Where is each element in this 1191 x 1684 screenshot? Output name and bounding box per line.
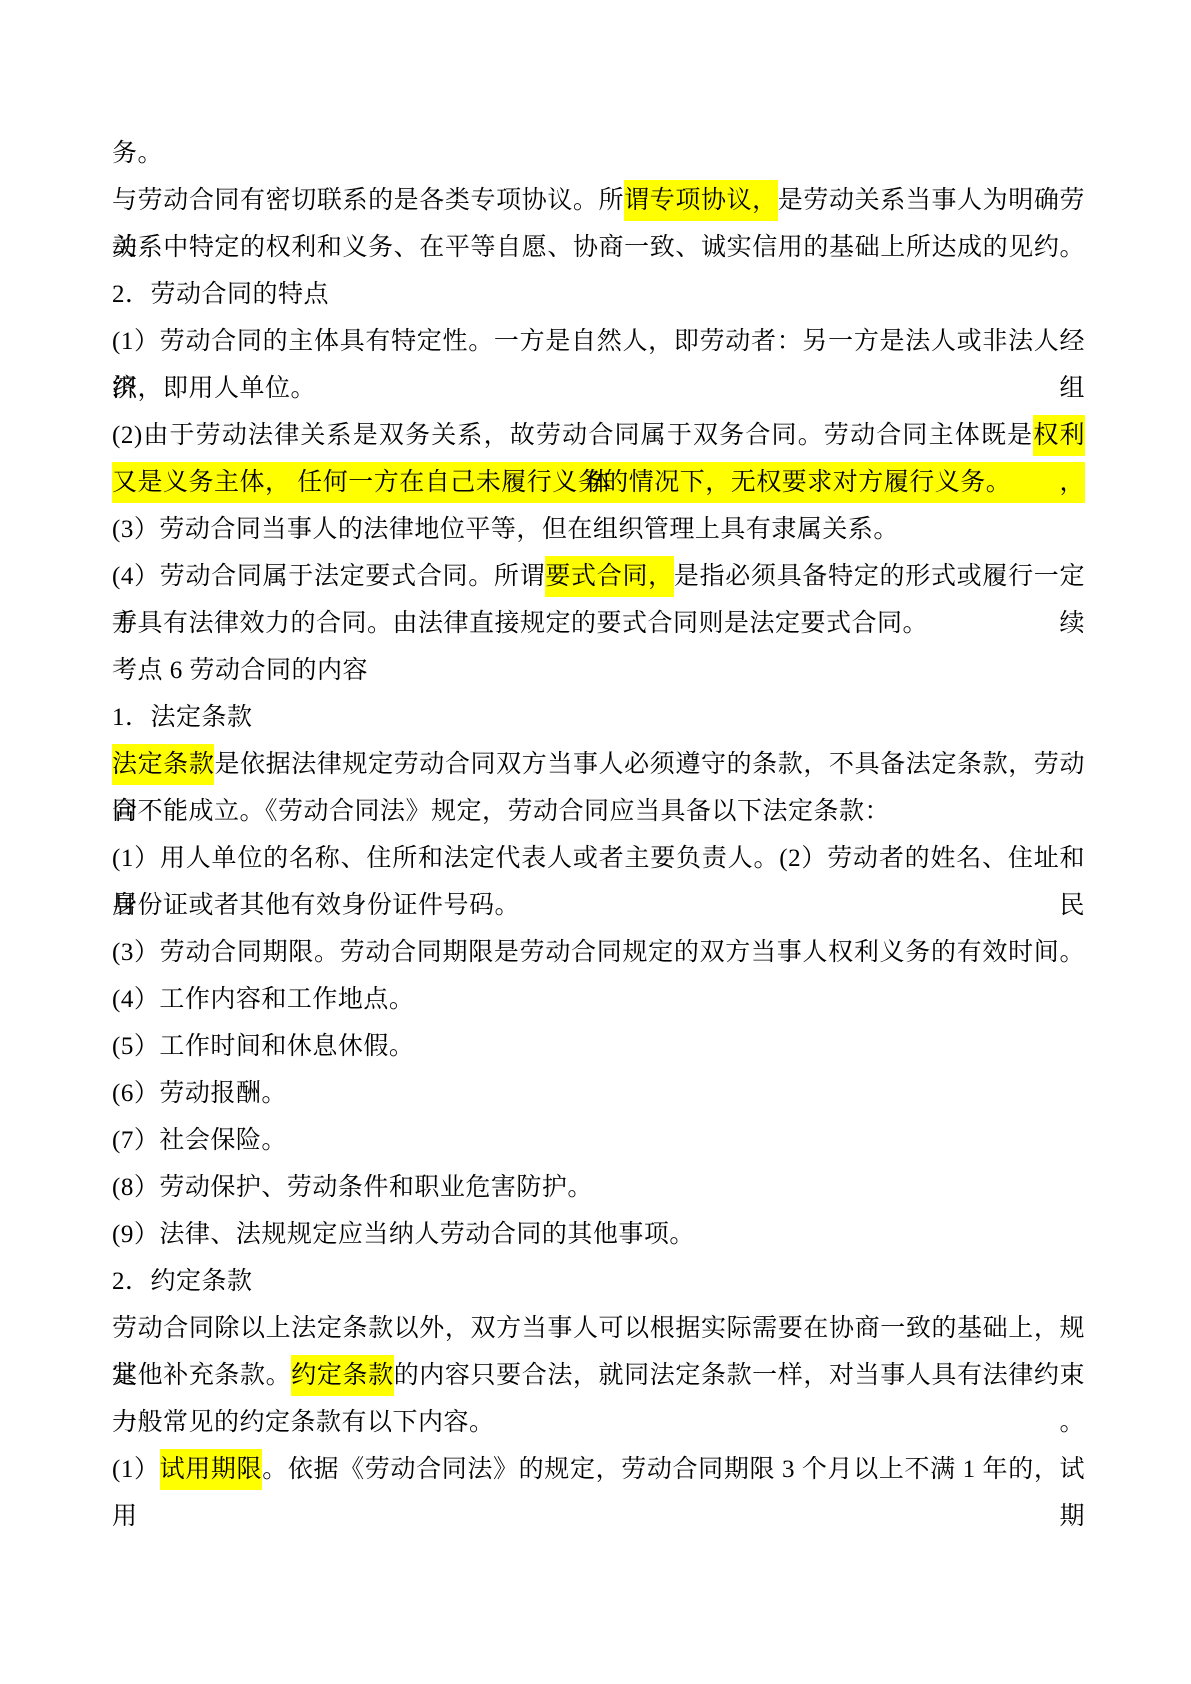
text-run: (3）劳动合同当事人的法律地位平等，但在组织管理上具有隶属关系。 xyxy=(112,516,899,543)
text-line: (8）劳动保护、劳动条件和职业危害防护。 xyxy=(112,1164,1085,1211)
text-line: 法定条款是依据法律规定劳动合同双方当事人必须遵守的条款，不具备法定条款，劳动合 xyxy=(112,741,1085,788)
text-run: (7）社会保险。 xyxy=(112,1127,287,1154)
highlighted-text: 谓专项协议， xyxy=(624,180,778,221)
text-run: (2)由于劳动法律关系是双务关系，故劳动合同属于双务合同。劳动合同主体既是 xyxy=(112,422,1033,449)
text-line: (3）劳动合同期限。劳动合同期限是劳动合同规定的双方当事人权利义务的有效时间。 xyxy=(112,929,1085,976)
text-line: 2．约定条款 xyxy=(112,1258,1085,1305)
text-run: (5）工作时间和休息休假。 xyxy=(112,1033,414,1060)
text-line: (4）工作内容和工作地点。 xyxy=(112,976,1085,1023)
document-page: 务。与劳动合同有密切联系的是各类专项协议。所谓专项协议，是劳动关系当事人为明确劳… xyxy=(0,0,1191,1684)
text-run: (4）劳动合同属于法定要式合同。所谓 xyxy=(112,563,545,590)
text-run: (3）劳动合同期限。劳动合同期限是劳动合同规定的双方当事人权利义务的有效时间。 xyxy=(112,939,1085,966)
text-run: 关系中特定的权利和义务、在平等自愿、协商一致、诚实信用的基础上所达成的见约。 xyxy=(112,234,1085,261)
text-run: 任何一方在自己未履行义务的情况下，无权要求对方履行义务。 xyxy=(291,469,1012,496)
text-line: 1．法定条款 xyxy=(112,694,1085,741)
text-line: (1）用人单位的名称、住所和法定代表人或者主要负责人。(2）劳动者的姓名、住址和… xyxy=(112,835,1085,882)
text-line: (2)由于劳动法律关系是双务关系，故劳动合同属于双务合同。劳动合同主体既是权利主… xyxy=(112,412,1085,459)
text-run: 身份证或者其他有效身份证件号码。 xyxy=(112,892,520,919)
text-run: 一般常见的约定条款有以下内容。 xyxy=(112,1409,495,1436)
text-line: 其他补充条款。约定条款的内容只要合法，就同法定条款一样，对当事人具有法律约束力。 xyxy=(112,1352,1085,1399)
text-line: (3）劳动合同当事人的法律地位平等，但在组织管理上具有隶属关系。 xyxy=(112,506,1085,553)
text-line: 考点 6 劳动合同的内容 xyxy=(112,647,1085,694)
text-run: (1） xyxy=(112,1456,160,1483)
text-run: 方具有法律效力的合同。由法律直接规定的要式合同则是法定要式合同。 xyxy=(112,610,928,637)
text-run: (9）法律、法规规定应当纳人劳动合同的其他事项。 xyxy=(112,1221,695,1248)
document-text-block: 务。与劳动合同有密切联系的是各类专项协议。所谓专项协议，是劳动关系当事人为明确劳… xyxy=(112,130,1085,1493)
text-run: 与劳动合同有密切联系的是各类专项协议。所 xyxy=(112,187,624,214)
text-run: 务。 xyxy=(112,140,163,167)
text-line: 关系中特定的权利和义务、在平等自愿、协商一致、诚实信用的基础上所达成的见约。 xyxy=(112,224,1085,271)
text-run: 同不能成立。《劳动合同法》规定，劳动合同应当具备以下法定条款： xyxy=(112,798,890,825)
text-run: (8）劳动保护、劳动条件和职业危害防护。 xyxy=(112,1174,593,1201)
text-run: (6）劳动报酬。 xyxy=(112,1080,287,1107)
text-line: (1）劳动合同的主体具有特定性。一方是自然人，即劳动者：另一方是法人或非法人经济… xyxy=(112,318,1085,365)
text-run: 其他补充条款。 xyxy=(112,1362,291,1389)
text-line: (7）社会保险。 xyxy=(112,1117,1085,1164)
text-run: 2．劳动合同的特点 xyxy=(112,281,329,308)
text-run: 1．法定条款 xyxy=(112,704,253,731)
text-run: 织，即用人单位。 xyxy=(112,375,316,402)
text-line: (5）工作时间和休息休假。 xyxy=(112,1023,1085,1070)
text-run: 2．约定条款 xyxy=(112,1268,253,1295)
highlighted-text: 约定条款 xyxy=(291,1355,393,1396)
text-line: 劳动合同除以上法定条款以外，双方当事人可以根据实际需要在协商一致的基础上，规定 xyxy=(112,1305,1085,1352)
text-line: 务。 xyxy=(112,130,1085,177)
text-line: (1）试用期限。依据《劳动合同法》的规定，劳动合同期限 3 个月以上不满 1 年… xyxy=(112,1446,1085,1493)
highlighted-text: 要式合同， xyxy=(545,556,674,597)
text-line: 与劳动合同有密切联系的是各类专项协议。所谓专项协议，是劳动关系当事人为明确劳动 xyxy=(112,177,1085,224)
highlighted-text: 试用期限 xyxy=(160,1449,263,1490)
text-line: (4）劳动合同属于法定要式合同。所谓要式合同，是指必须具备特定的形式或履行一定手… xyxy=(112,553,1085,600)
text-line: (9）法律、法规规定应当纳人劳动合同的其他事项。 xyxy=(112,1211,1085,1258)
text-run: (4）工作内容和工作地点。 xyxy=(112,986,414,1013)
highlighted-text: 又是义务主体， xyxy=(112,462,291,503)
text-line: 同不能成立。《劳动合同法》规定，劳动合同应当具备以下法定条款： xyxy=(112,788,1085,835)
highlighted-text: 法定条款 xyxy=(112,744,214,785)
text-run: 考点 6 劳动合同的内容 xyxy=(112,657,368,684)
text-line: 又是义务主体， 任何一方在自己未履行义务的情况下，无权要求对方履行义务。 xyxy=(112,459,1085,506)
text-line: (6）劳动报酬。 xyxy=(112,1070,1085,1117)
text-line: 2．劳动合同的特点 xyxy=(112,271,1085,318)
